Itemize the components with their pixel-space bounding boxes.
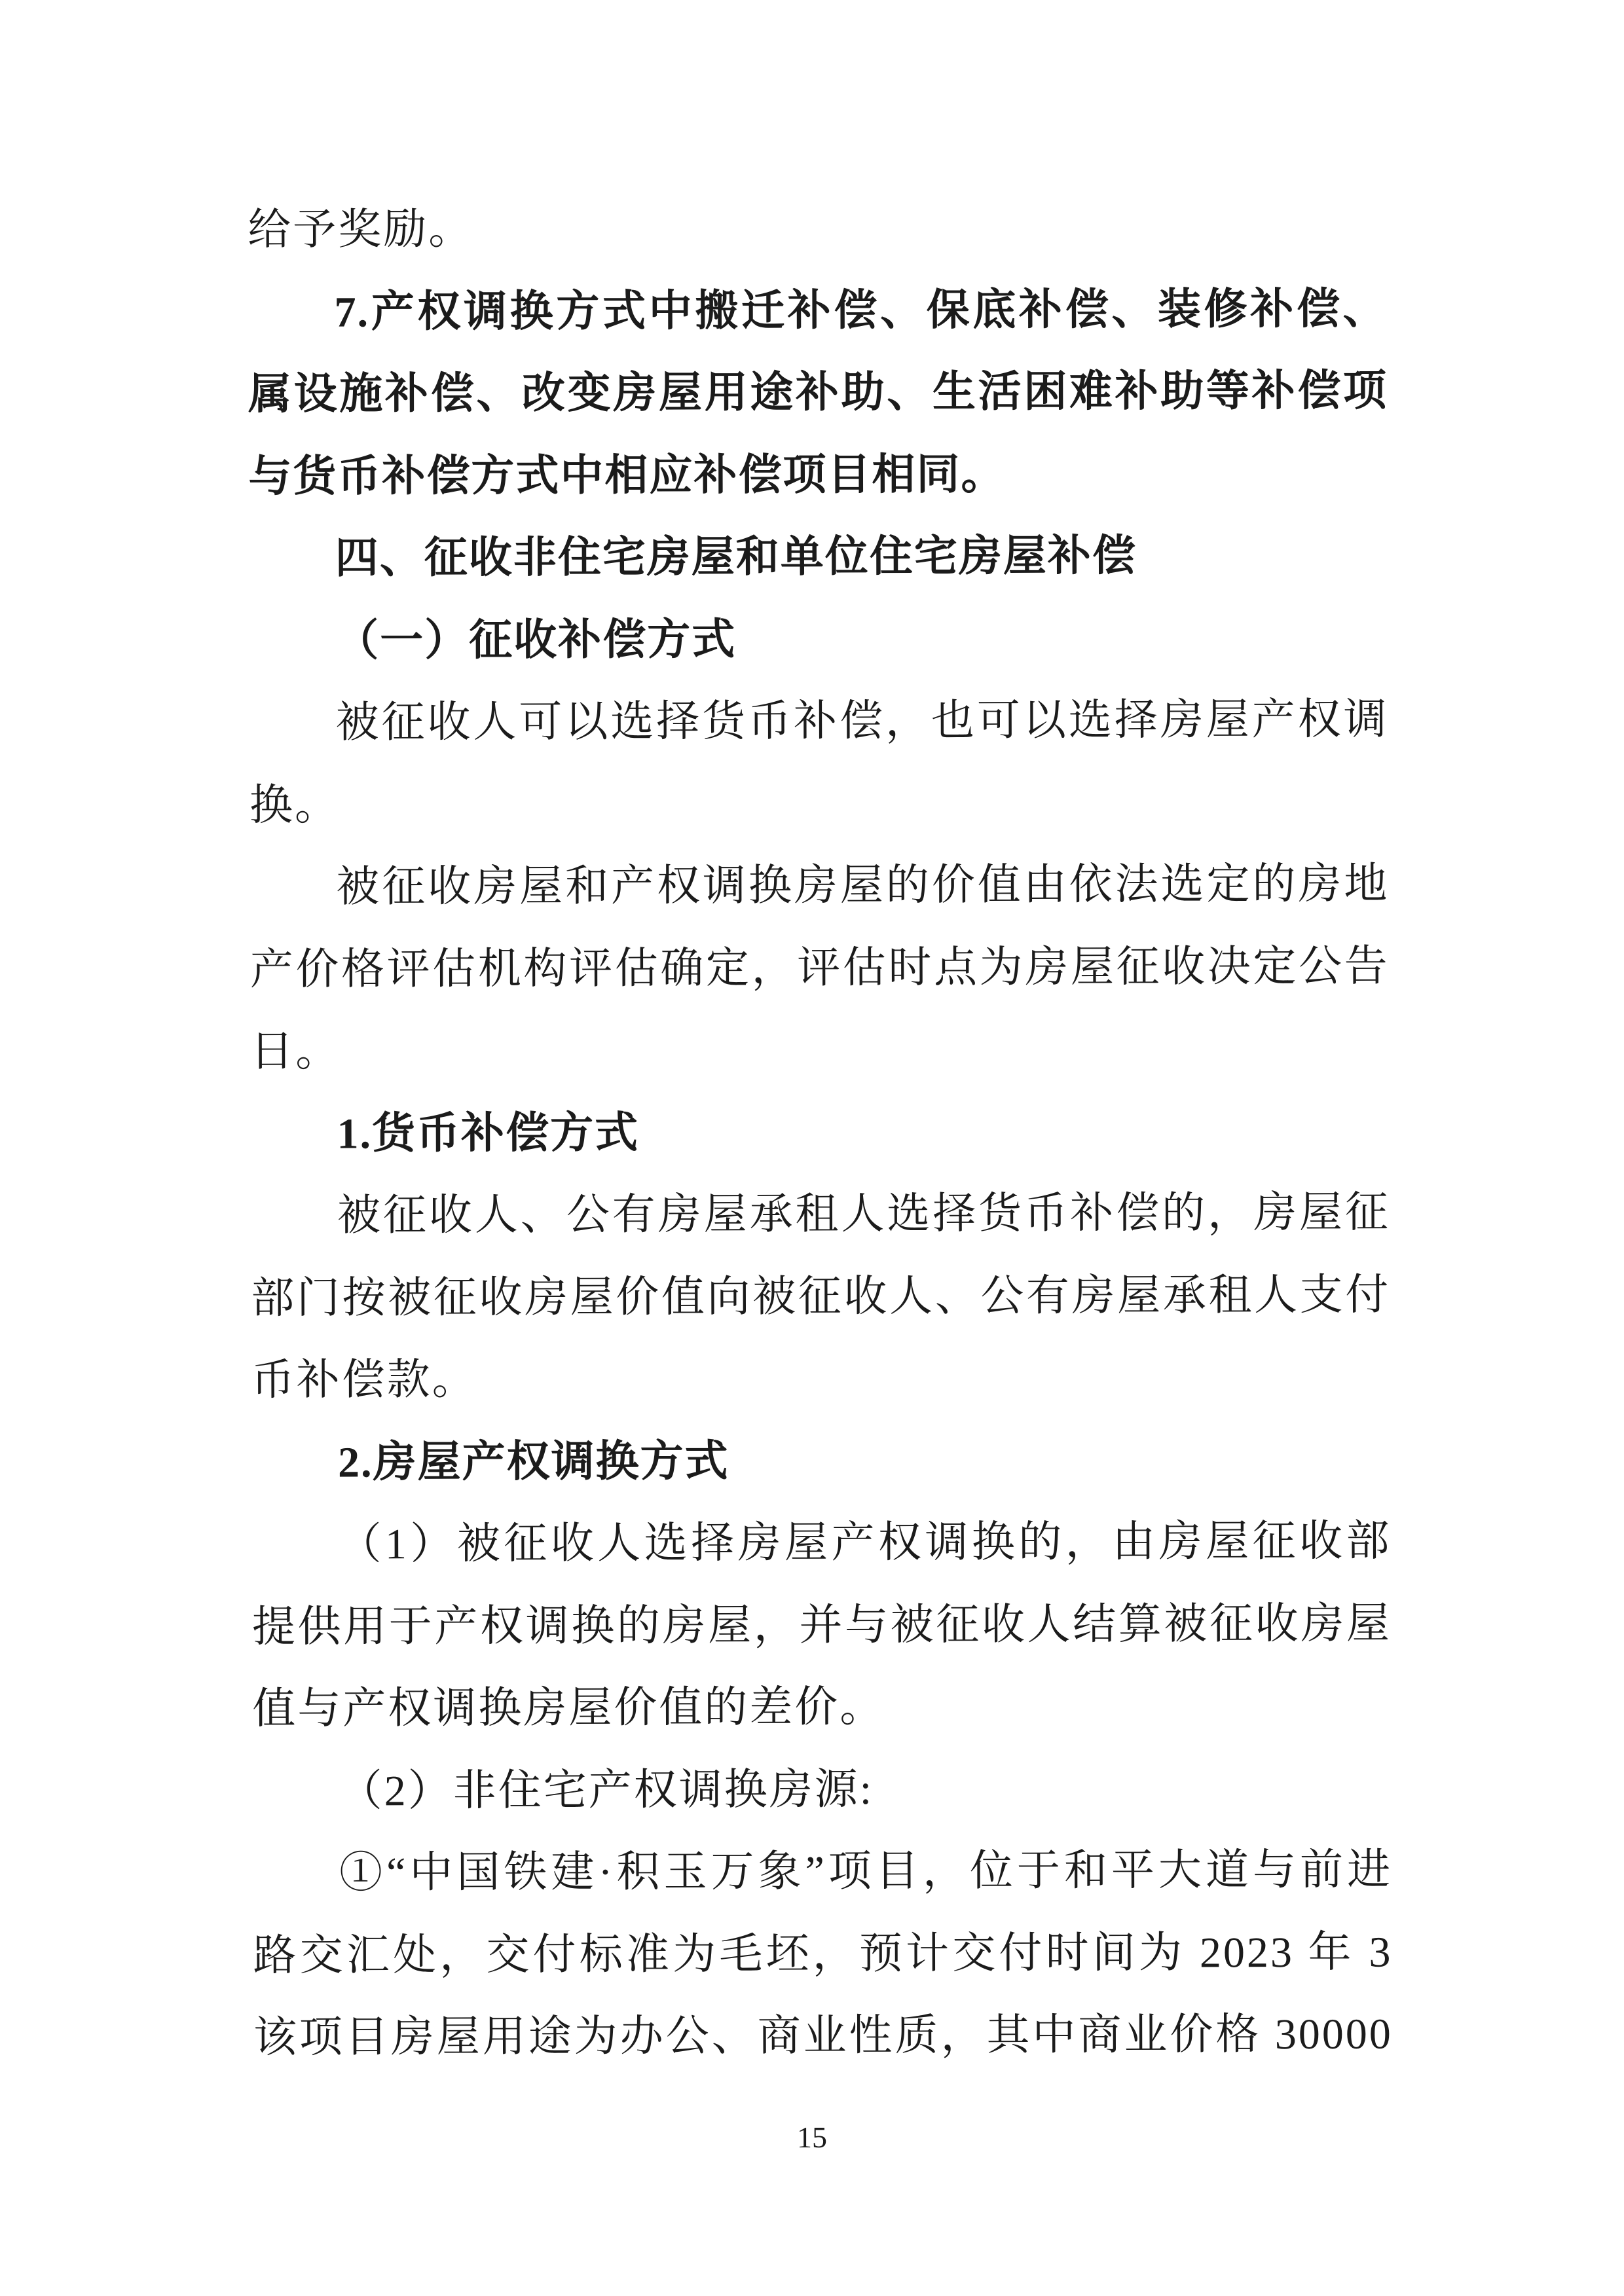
text-line: 7.产权调换方式中搬迁补偿、保底补偿、装修补偿、附 xyxy=(248,268,1387,354)
text-line: 被征收人、公有房屋承租人选择货币补偿的，房屋征收 xyxy=(251,1172,1390,1258)
text-line: 1.货币补偿方式 xyxy=(250,1089,1390,1175)
text-block: 给予奖励。7.产权调换方式中搬迁补偿、保底补偿、装修补偿、附属设施补偿、改变房屋… xyxy=(248,186,1393,2079)
text-line: 日。 xyxy=(250,1008,1390,1093)
text-line: 四、征收非住宅房屋和单位住宅房屋补偿 xyxy=(249,515,1388,600)
text-line: （1）被征收人选择房屋产权调换的，由房屋征收部门 xyxy=(251,1501,1391,1586)
document-page: 给予奖励。7.产权调换方式中搬迁补偿、保底补偿、装修补偿、附属设施补偿、改变房屋… xyxy=(0,0,1624,2296)
text-line: （一）征收补偿方式 xyxy=(249,596,1388,682)
text-line: 2.房屋产权调换方式 xyxy=(251,1418,1391,1504)
text-line: 换。 xyxy=(249,761,1389,847)
text-line: 路交汇处，交付标准为毛坯，预计交付时间为 2023 年 3 月。 xyxy=(253,1911,1392,1997)
text-line: 被征收房屋和产权调换房屋的价值由依法选定的房地 xyxy=(249,843,1389,929)
text-line: 属设施补偿、改变房屋用途补助、生活困难补助等补偿项目 xyxy=(248,350,1388,436)
text-line: 部门按被征收房屋价值向被征收人、公有房屋承租人支付货 xyxy=(251,1254,1390,1339)
text-line: （2）非住宅产权调换房源: xyxy=(252,1747,1392,1832)
text-line: 被征收人可以选择货币补偿，也可以选择房屋产权调 xyxy=(249,679,1388,765)
text-line: 产价格评估机构评估确定，评估时点为房屋征收决定公告之 xyxy=(250,925,1390,1011)
text-line: 该项目房屋用途为办公、商业性质，其中商业价格 30000 元 xyxy=(253,1994,1393,2079)
text-line: 与货币补偿方式中相应补偿项目相同。 xyxy=(248,432,1388,518)
text-line: 币补偿款。 xyxy=(251,1336,1391,1422)
text-line: ①“中国铁建·积玉万象”项目，位于和平大道与前进 xyxy=(253,1829,1392,1915)
page-number: 15 xyxy=(0,2115,1624,2160)
text-line: 给予奖励。 xyxy=(248,186,1387,272)
text-line: 值与产权调换房屋价值的差价。 xyxy=(252,1665,1392,1751)
text-line: 提供用于产权调换的房屋，并与被征收人结算被征收房屋价 xyxy=(252,1582,1392,1668)
